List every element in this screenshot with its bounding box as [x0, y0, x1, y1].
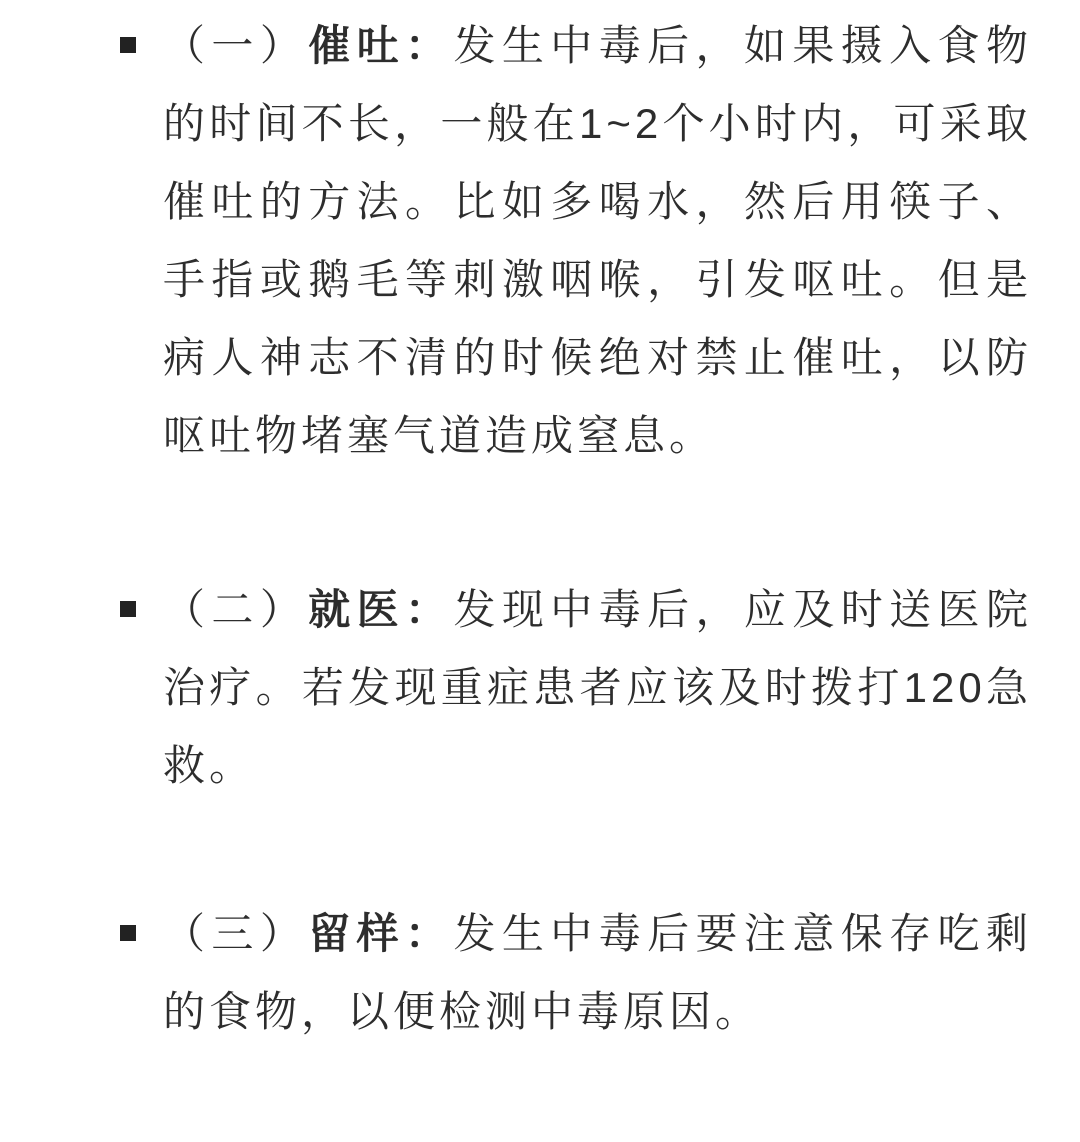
item-number: （三） — [163, 910, 308, 957]
first-aid-list: （一）催吐：发生中毒后，如果摄入食物的时间不长，一般在1~2个小时内，可采取催吐… — [163, 7, 1032, 1051]
list-item-seek-medical-care: （二）就医：发现中毒后，应及时送医院治疗。若发现重症患者应该及时拨打120急救。 — [163, 571, 1032, 805]
item-text: （三）留样：发生中毒后要注意保存吃剩的食物，以便检测中毒原因。 — [163, 895, 1032, 1051]
list-item-keep-sample: （三）留样：发生中毒后要注意保存吃剩的食物，以便检测中毒原因。 — [163, 895, 1032, 1051]
item-number: （二） — [163, 586, 308, 633]
item-number: （一） — [163, 22, 308, 69]
bullet-square-icon — [120, 925, 136, 941]
item-title: 留样： — [308, 910, 453, 957]
item-title: 催吐： — [308, 22, 453, 69]
article-body: （一）催吐：发生中毒后，如果摄入食物的时间不长，一般在1~2个小时内，可采取催吐… — [0, 0, 1080, 1142]
item-text: （二）就医：发现中毒后，应及时送医院治疗。若发现重症患者应该及时拨打120急救。 — [163, 571, 1032, 805]
item-body: 发生中毒后，如果摄入食物的时间不长，一般在1~2个小时内，可采取催吐的方法。比如… — [163, 22, 1032, 459]
list-item-induce-vomiting: （一）催吐：发生中毒后，如果摄入食物的时间不长，一般在1~2个小时内，可采取催吐… — [163, 7, 1032, 475]
bullet-square-icon — [120, 37, 136, 53]
bullet-square-icon — [120, 601, 136, 617]
item-title: 就医： — [308, 586, 453, 633]
item-text: （一）催吐：发生中毒后，如果摄入食物的时间不长，一般在1~2个小时内，可采取催吐… — [163, 7, 1032, 475]
